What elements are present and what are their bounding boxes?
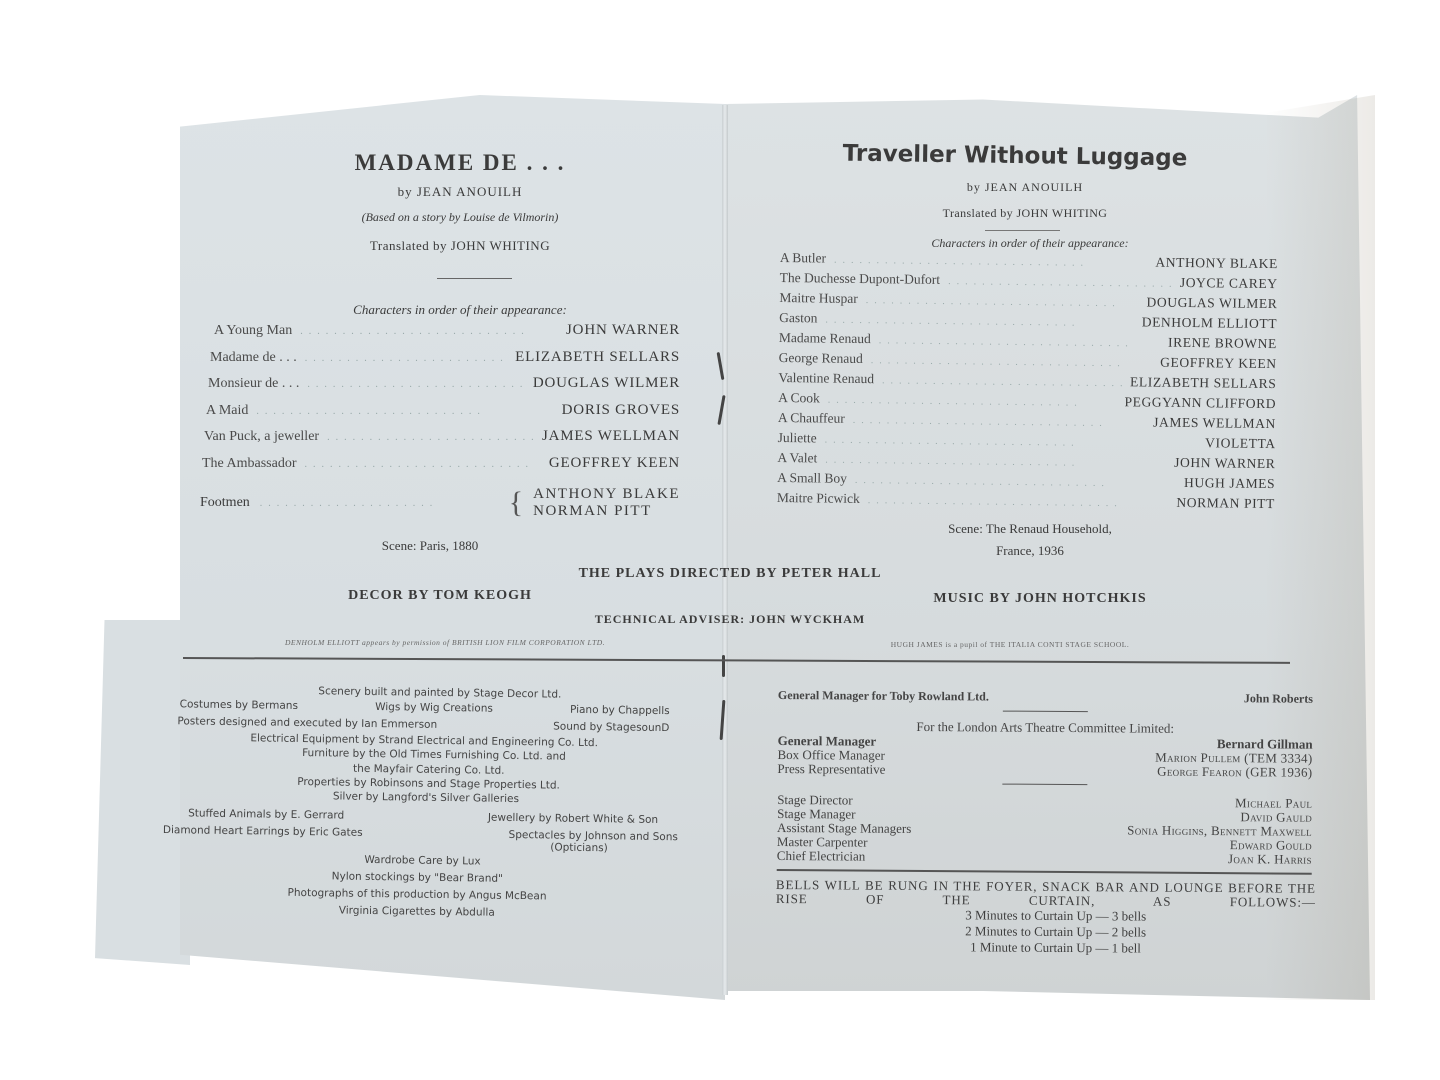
leader-dots: .............................. bbox=[948, 276, 1172, 290]
supplier-item: Stuffed Animals by E. Gerrard bbox=[188, 806, 344, 825]
role-name: Maitre Picwick bbox=[777, 490, 860, 507]
cast-list-traveller: A Butler..............................AN… bbox=[777, 250, 1278, 516]
actor-name: IRENE BROWNE bbox=[1168, 335, 1277, 352]
staff-name: Sonia Higgins, Bennett Maxwell bbox=[1127, 823, 1312, 838]
role-name: Footmen bbox=[200, 495, 250, 511]
staple-mark bbox=[722, 655, 725, 677]
role-name: Gaston bbox=[779, 310, 817, 326]
role-name: Valentine Renaud bbox=[778, 370, 874, 387]
leader-dots: .............................. bbox=[825, 435, 1198, 451]
leader-dots: .............................. bbox=[868, 495, 1169, 510]
actor-name: ELIZABETH SELLARS bbox=[1130, 374, 1277, 392]
source-credit: (Based on a story by Louise de Vilmorin) bbox=[270, 210, 650, 225]
actor-name: ANTHONY BLAKE bbox=[533, 486, 680, 503]
actor-name: NORMAN PITT bbox=[1176, 495, 1275, 512]
booklet-spine bbox=[722, 105, 728, 995]
role-name: A Young Man bbox=[214, 323, 292, 339]
scene-line: Scene: The Renaud Household, bbox=[880, 518, 1180, 540]
characters-heading: Characters in order of their appearance: bbox=[260, 302, 660, 318]
role-name: A Small Boy bbox=[777, 470, 847, 487]
role-name: A Cook bbox=[778, 390, 820, 407]
decor-credit: DECOR BY TOM KEOGH bbox=[280, 588, 600, 604]
role-name: A Maid bbox=[206, 403, 248, 419]
actor-name: VIOLETTA bbox=[1205, 435, 1276, 452]
supplier-item: Diamond Heart Earrings by Eric Gates bbox=[163, 822, 363, 842]
staff-label: Press Representative bbox=[777, 762, 885, 777]
translator-credit: Translated by JOHN WHITING bbox=[290, 238, 630, 254]
actor-name: DOUGLAS WILMER bbox=[533, 375, 680, 392]
cast-row: Van Puck, a jeweller ...................… bbox=[200, 428, 680, 455]
role-name: The Duchesse Dupont-Dufort bbox=[780, 270, 941, 288]
actor-name: DORIS GROVES bbox=[562, 402, 680, 419]
role-name: George Renaud bbox=[779, 350, 863, 367]
actor-name: JAMES WELLMAN bbox=[542, 428, 680, 445]
bells-notice: BELLS WILL BE RUNG IN THE FOYER, SNACK B… bbox=[775, 878, 1316, 958]
leader-dots: ........................... bbox=[307, 379, 524, 390]
leader-dots: ..................... bbox=[260, 498, 499, 509]
cast-row-footmen: Footmen ..................... { ANTHONY … bbox=[200, 483, 680, 523]
role-name: Madame de . . . bbox=[210, 350, 297, 366]
actor-name: GEOFFREY KEEN bbox=[549, 455, 680, 472]
actor-name: HUGH JAMES bbox=[1184, 475, 1275, 492]
leader-dots: .............................. bbox=[828, 395, 1117, 410]
leader-dots: .............................. bbox=[853, 415, 1146, 430]
actor-name: JOYCE CAREY bbox=[1180, 275, 1278, 292]
school-note: HUGH JAMES is a pupil of THE ITALIA CONT… bbox=[780, 640, 1240, 649]
supplier-item: Costumes by Bermans bbox=[180, 696, 299, 715]
role-name: A Valet bbox=[777, 450, 817, 466]
divider-rule bbox=[437, 278, 512, 279]
staff-row: General Manager for Toby Rowland Ltd. Jo… bbox=[778, 688, 1313, 706]
actor-name: NORMAN PITT bbox=[533, 503, 680, 520]
role-name: Madame Renaud bbox=[779, 330, 871, 347]
actor-name: JOHN WARNER bbox=[566, 322, 680, 339]
permission-note: DENHOLM ELLIOTT appears by permission of… bbox=[170, 638, 720, 647]
staff-name: John Roberts bbox=[1244, 691, 1313, 705]
footmen-actors: ANTHONY BLAKE NORMAN PITT bbox=[533, 486, 680, 520]
leader-dots: .............................. bbox=[882, 375, 1122, 389]
cast-row: A Young Man ........................... … bbox=[200, 322, 680, 349]
divider-rule bbox=[1003, 711, 1088, 713]
actor-name: JAMES WELLMAN bbox=[1153, 415, 1276, 432]
role-name: Maitre Huspar bbox=[779, 290, 858, 307]
scene-setting: Scene: The Renaud Household, France, 193… bbox=[880, 518, 1180, 562]
suppliers-credits: Scenery built and painted by Stage Decor… bbox=[157, 682, 680, 925]
translator-credit: Translated by JOHN WHITING bbox=[870, 206, 1180, 221]
supplier-item: Piano by Chappells bbox=[570, 702, 670, 720]
role-name: Monsieur de . . . bbox=[208, 376, 299, 392]
divider-rule bbox=[985, 230, 1060, 231]
leader-dots: .............................. bbox=[834, 255, 1148, 270]
actor-name: GEOFFREY KEEN bbox=[1160, 355, 1277, 372]
actor-name: ANTHONY BLAKE bbox=[1155, 255, 1278, 272]
cast-row: A Maid ........................... DORIS… bbox=[200, 402, 680, 429]
actor-name: DOUGLAS WILMER bbox=[1147, 294, 1278, 312]
programme-booklet: MADAME DE . . . by JEAN ANOUILH (Based o… bbox=[0, 0, 1440, 1080]
staff-name: George Fearon (GER 1936) bbox=[1157, 765, 1312, 780]
actor-name: JOHN WARNER bbox=[1174, 455, 1275, 472]
leader-dots: ........................... bbox=[305, 353, 507, 364]
leader-dots: ........................... bbox=[327, 432, 534, 443]
divider-rule bbox=[1002, 784, 1087, 786]
actor-name: ELIZABETH SELLARS bbox=[515, 349, 680, 366]
leader-dots: .............................. bbox=[866, 295, 1139, 309]
staff-name: Joan K. Harris bbox=[1228, 852, 1312, 867]
cast-row: Madame de . . . ........................… bbox=[200, 349, 680, 376]
staff-label: General Manager for Toby Rowland Ltd. bbox=[778, 688, 989, 703]
leader-dots: ........................... bbox=[304, 459, 540, 470]
cast-row: The Ambassador .........................… bbox=[200, 455, 680, 482]
cast-row: Monsieur de . . . ......................… bbox=[200, 375, 680, 402]
leader-dots: .............................. bbox=[825, 455, 1166, 470]
scene-setting: Scene: Paris, 1880 bbox=[300, 538, 560, 554]
play-title-madame-de: MADAME DE . . . bbox=[300, 150, 620, 176]
actor-name: PEGGYANN CLIFFORD bbox=[1124, 394, 1276, 412]
play-author: by JEAN ANOUILH bbox=[300, 184, 620, 200]
supplier-item: Wigs by Wig Creations bbox=[375, 699, 493, 718]
role-name: A Butler bbox=[780, 250, 826, 267]
supplier-item: Sound by StagesounD bbox=[553, 719, 669, 738]
staff-row: Chief Electrician Joan K. Harris bbox=[777, 849, 1312, 867]
leader-dots: ........................... bbox=[300, 326, 558, 337]
theatre-staff: General Manager for Toby Rowland Ltd. Jo… bbox=[777, 688, 1313, 875]
leader-dots: ........................... bbox=[256, 406, 553, 417]
scene-line: France, 1936 bbox=[880, 540, 1180, 562]
leader-dots: .............................. bbox=[825, 315, 1134, 330]
music-credit: MUSIC BY JOHN HOTCHKIS bbox=[880, 591, 1200, 607]
play-author: by JEAN ANOUILH bbox=[900, 180, 1150, 195]
staff-label: Chief Electrician bbox=[777, 849, 866, 864]
role-name: The Ambassador bbox=[202, 456, 296, 472]
leader-dots: .............................. bbox=[855, 475, 1176, 490]
actor-name: DENHOLM ELLIOTT bbox=[1142, 314, 1278, 332]
supplier-item: Posters designed and executed by Ian Emm… bbox=[177, 713, 437, 734]
brace-icon: { bbox=[509, 488, 523, 518]
staff-row: Press Representative George Fearon (GER … bbox=[777, 762, 1312, 780]
leader-dots: .............................. bbox=[871, 355, 1153, 369]
bells-notice-text: BELLS WILL BE RUNG IN THE FOYER, SNACK B… bbox=[776, 878, 1316, 910]
technical-adviser-credit: TECHNICAL ADVISER: JOHN WYCKHAM bbox=[520, 612, 940, 627]
role-name: Van Puck, a jeweller bbox=[204, 429, 319, 445]
characters-heading: Characters in order of their appearance: bbox=[850, 236, 1210, 251]
cast-list-madame-de: A Young Man ........................... … bbox=[200, 322, 680, 523]
role-name: A Chauffeur bbox=[778, 410, 845, 427]
role-name: Juliette bbox=[778, 430, 817, 446]
leader-dots: .............................. bbox=[879, 335, 1160, 349]
director-credit: THE PLAYS DIRECTED BY PETER HALL bbox=[440, 566, 1020, 582]
